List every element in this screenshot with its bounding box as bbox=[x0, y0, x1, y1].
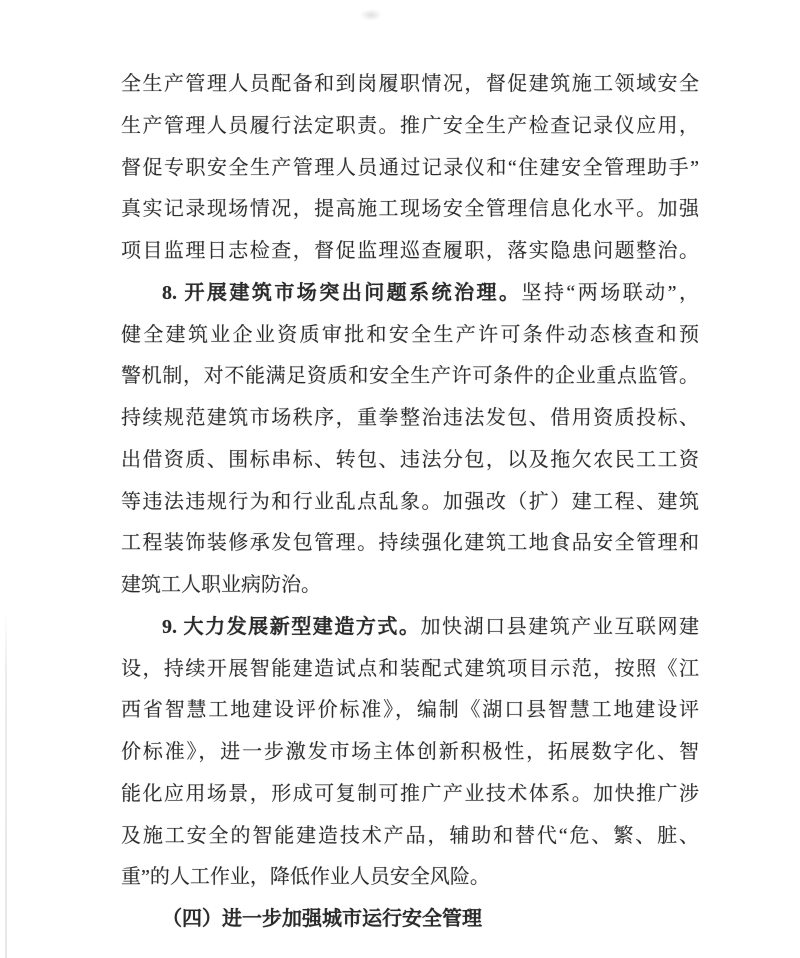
text-line: 9. 大力发展新型建造方式。加快湖口县建筑产业互联网建 bbox=[121, 607, 699, 649]
body-text: 工程装饰装修承发包管理。持续强化建筑工地食品安全管理和 bbox=[121, 532, 699, 554]
bold-text: （四）进一步加强城市运行安全管理 bbox=[162, 908, 482, 930]
text-line: 建筑工人职业病防治。 bbox=[121, 565, 699, 607]
text-line: 西省智慧工地建设评价标准》，编制《湖口县智慧工地建设评 bbox=[121, 690, 699, 732]
text-line: 设，持续开展智能建造试点和装配式建筑项目示范，按照《江 bbox=[121, 649, 699, 691]
body-text: 及施工安全的智能建造技术产品，辅助和替代“危、繁、脏、 bbox=[121, 825, 699, 847]
body-text: 警机制，对不能满足资质和安全生产许可条件的企业重点监管。 bbox=[121, 365, 699, 387]
paragraph-safety-staffing-supervision: 全生产管理人员配备和到岗履职情况，督促建筑施工领域安全生产管理人员履行法定职责。… bbox=[121, 64, 699, 273]
body-text: 真实记录现场情况，提高施工现场安全管理信息化水平。加强 bbox=[121, 198, 699, 220]
body-text: 全生产管理人员配备和到岗履职情况，督促建筑施工领域安全 bbox=[121, 73, 699, 95]
body-text: 价标准》，进一步激发市场主体创新积极性，拓展数字化、智 bbox=[121, 741, 699, 763]
body-text: 生产管理人员履行法定职责。推广安全生产检查记录仪应用， bbox=[121, 115, 699, 137]
body-text: 出借资质、围标串标、转包、违法分包，以及拖欠农民工工资 bbox=[121, 449, 699, 471]
text-line: 项目监理日志检查，督促监理巡查履职，落实隐患问题整治。 bbox=[121, 231, 699, 273]
text-line: 工程装饰装修承发包管理。持续强化建筑工地食品安全管理和 bbox=[121, 523, 699, 565]
scan-edge-line-artifact bbox=[5, 610, 7, 958]
text-line: 等违法违规行为和行业乱点乱象。加强改（扩）建工程、建筑 bbox=[121, 482, 699, 524]
body-text: 建筑工人职业病防治。 bbox=[121, 574, 321, 596]
body-text: 重”的人工作业，降低作业人员安全风险。 bbox=[121, 866, 490, 888]
text-line: 及施工安全的智能建造技术产品，辅助和替代“危、繁、脏、 bbox=[121, 816, 699, 858]
body-text: 坚持“两场联动”， bbox=[522, 282, 700, 304]
body-text: 能化应用场景，形成可复制可推广产业技术体系。加快推广涉 bbox=[121, 783, 699, 805]
body-text: 督促专职安全生产管理人员通过记录仪和“住建安全管理助手” bbox=[121, 157, 699, 179]
paragraph-9-new-construction-methods: 9. 大力发展新型建造方式。加快湖口县建筑产业互联网建设，持续开展智能建造试点和… bbox=[121, 607, 699, 899]
text-line: （四）进一步加强城市运行安全管理 bbox=[121, 899, 699, 941]
document-body: 全生产管理人员配备和到岗履职情况，督促建筑施工领域安全生产管理人员履行法定职责。… bbox=[121, 64, 699, 941]
text-line: 出借资质、围标串标、转包、违法分包，以及拖欠农民工工资 bbox=[121, 440, 699, 482]
bold-text: 8. 开展建筑市场突出问题系统治理。 bbox=[162, 282, 522, 304]
text-line: 生产管理人员履行法定职责。推广安全生产检查记录仪应用， bbox=[121, 106, 699, 148]
text-line: 健全建筑业企业资质审批和安全生产许可条件动态核查和预 bbox=[121, 315, 699, 357]
body-text: 健全建筑业企业资质审批和安全生产许可条件动态核查和预 bbox=[121, 324, 699, 346]
text-line: 价标准》，进一步激发市场主体创新积极性，拓展数字化、智 bbox=[121, 732, 699, 774]
section-heading-4-city-operation-safety: （四）进一步加强城市运行安全管理 bbox=[121, 899, 699, 941]
body-text: 加快湖口县建筑产业互联网建 bbox=[421, 616, 700, 638]
body-text: 设，持续开展智能建造试点和装配式建筑项目示范，按照《江 bbox=[121, 658, 699, 680]
paragraph-8-construction-market-treatment: 8. 开展建筑市场突出问题系统治理。坚持“两场联动”，健全建筑业企业资质审批和安… bbox=[121, 273, 699, 607]
text-line: 能化应用场景，形成可复制可推广产业技术体系。加快推广涉 bbox=[121, 774, 699, 816]
body-text: 持续规范建筑市场秩序，重拳整治违法发包、借用资质投标、 bbox=[121, 407, 699, 429]
text-line: 真实记录现场情况，提高施工现场安全管理信息化水平。加强 bbox=[121, 189, 699, 231]
text-line: 全生产管理人员配备和到岗履职情况，督促建筑施工领域安全 bbox=[121, 64, 699, 106]
text-line: 8. 开展建筑市场突出问题系统治理。坚持“两场联动”， bbox=[121, 273, 699, 315]
document-page: 全生产管理人员配备和到岗履职情况，督促建筑施工领域安全生产管理人员履行法定职责。… bbox=[0, 0, 800, 958]
scan-smudge-artifact bbox=[360, 9, 382, 21]
body-text: 等违法违规行为和行业乱点乱象。加强改（扩）建工程、建筑 bbox=[121, 491, 699, 513]
text-line: 持续规范建筑市场秩序，重拳整治违法发包、借用资质投标、 bbox=[121, 398, 699, 440]
bold-text: 9. 大力发展新型建造方式。 bbox=[162, 616, 421, 638]
text-line: 督促专职安全生产管理人员通过记录仪和“住建安全管理助手” bbox=[121, 148, 699, 190]
body-text: 西省智慧工地建设评价标准》，编制《湖口县智慧工地建设评 bbox=[121, 699, 699, 721]
text-line: 警机制，对不能满足资质和安全生产许可条件的企业重点监管。 bbox=[121, 356, 699, 398]
text-line: 重”的人工作业，降低作业人员安全风险。 bbox=[121, 857, 699, 899]
body-text: 项目监理日志检查，督促监理巡查履职，落实隐患问题整治。 bbox=[121, 240, 699, 262]
